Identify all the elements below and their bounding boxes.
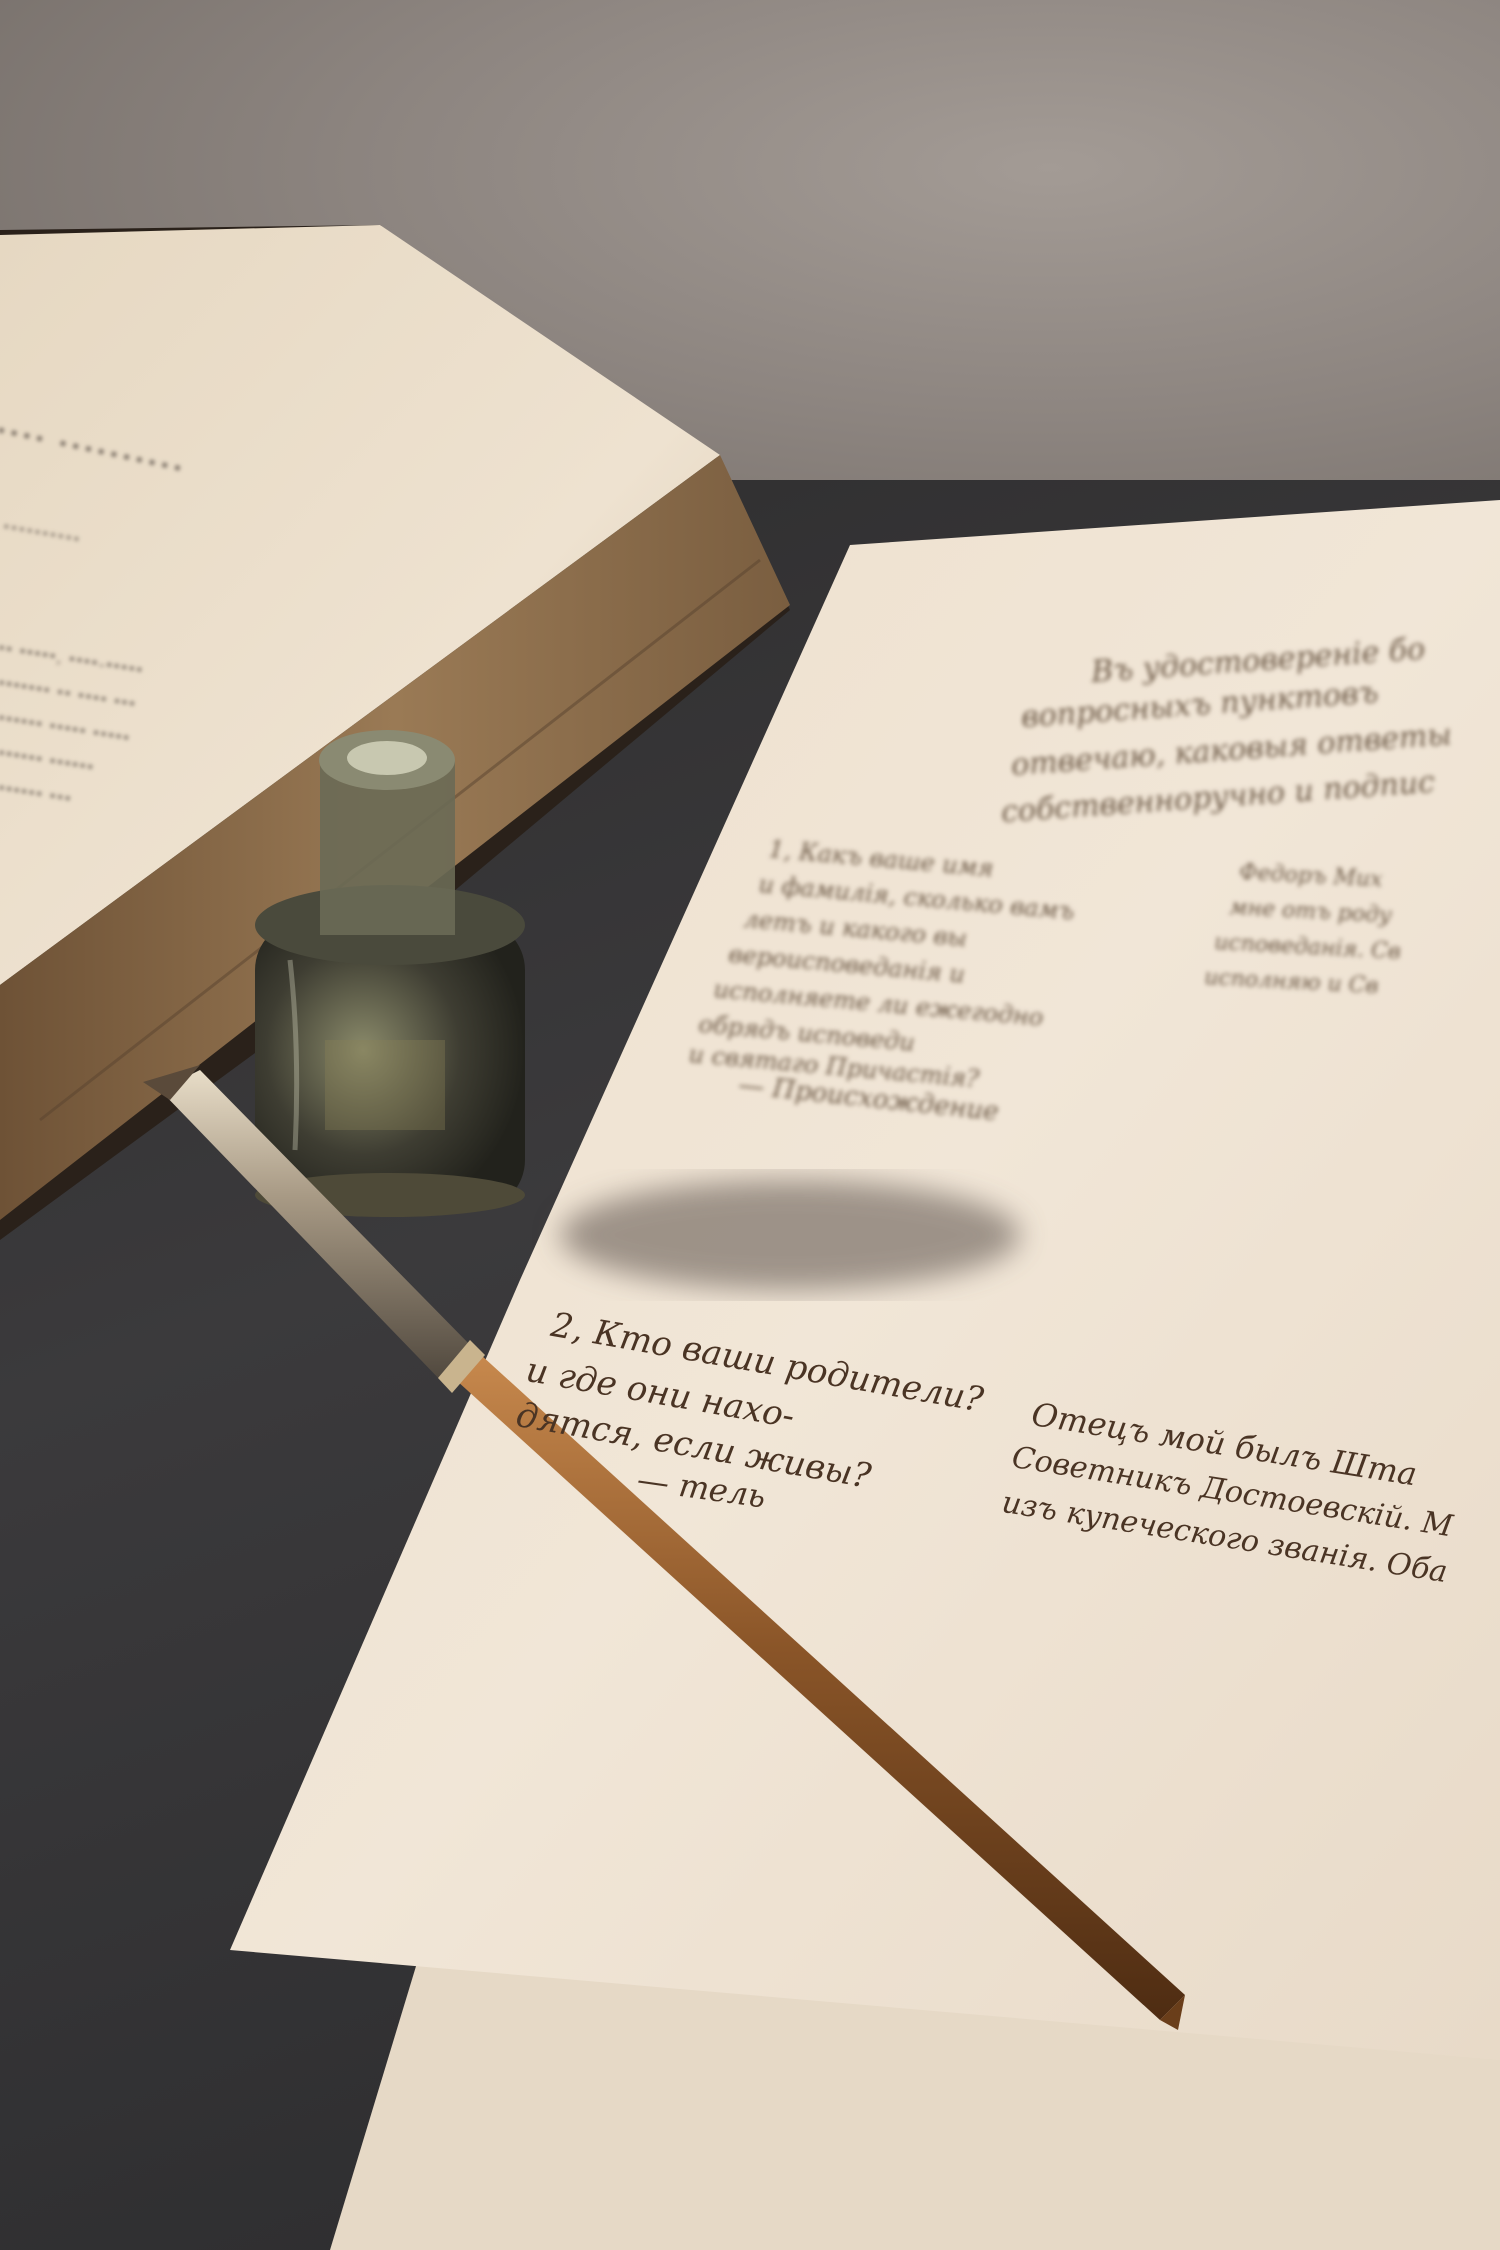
bottle-shadow <box>560 1180 1020 1290</box>
still-life-illustration <box>0 0 1500 2250</box>
photo-scene: •••• •••••••••• •••••••••• •• •••••, •••… <box>0 0 1500 2250</box>
